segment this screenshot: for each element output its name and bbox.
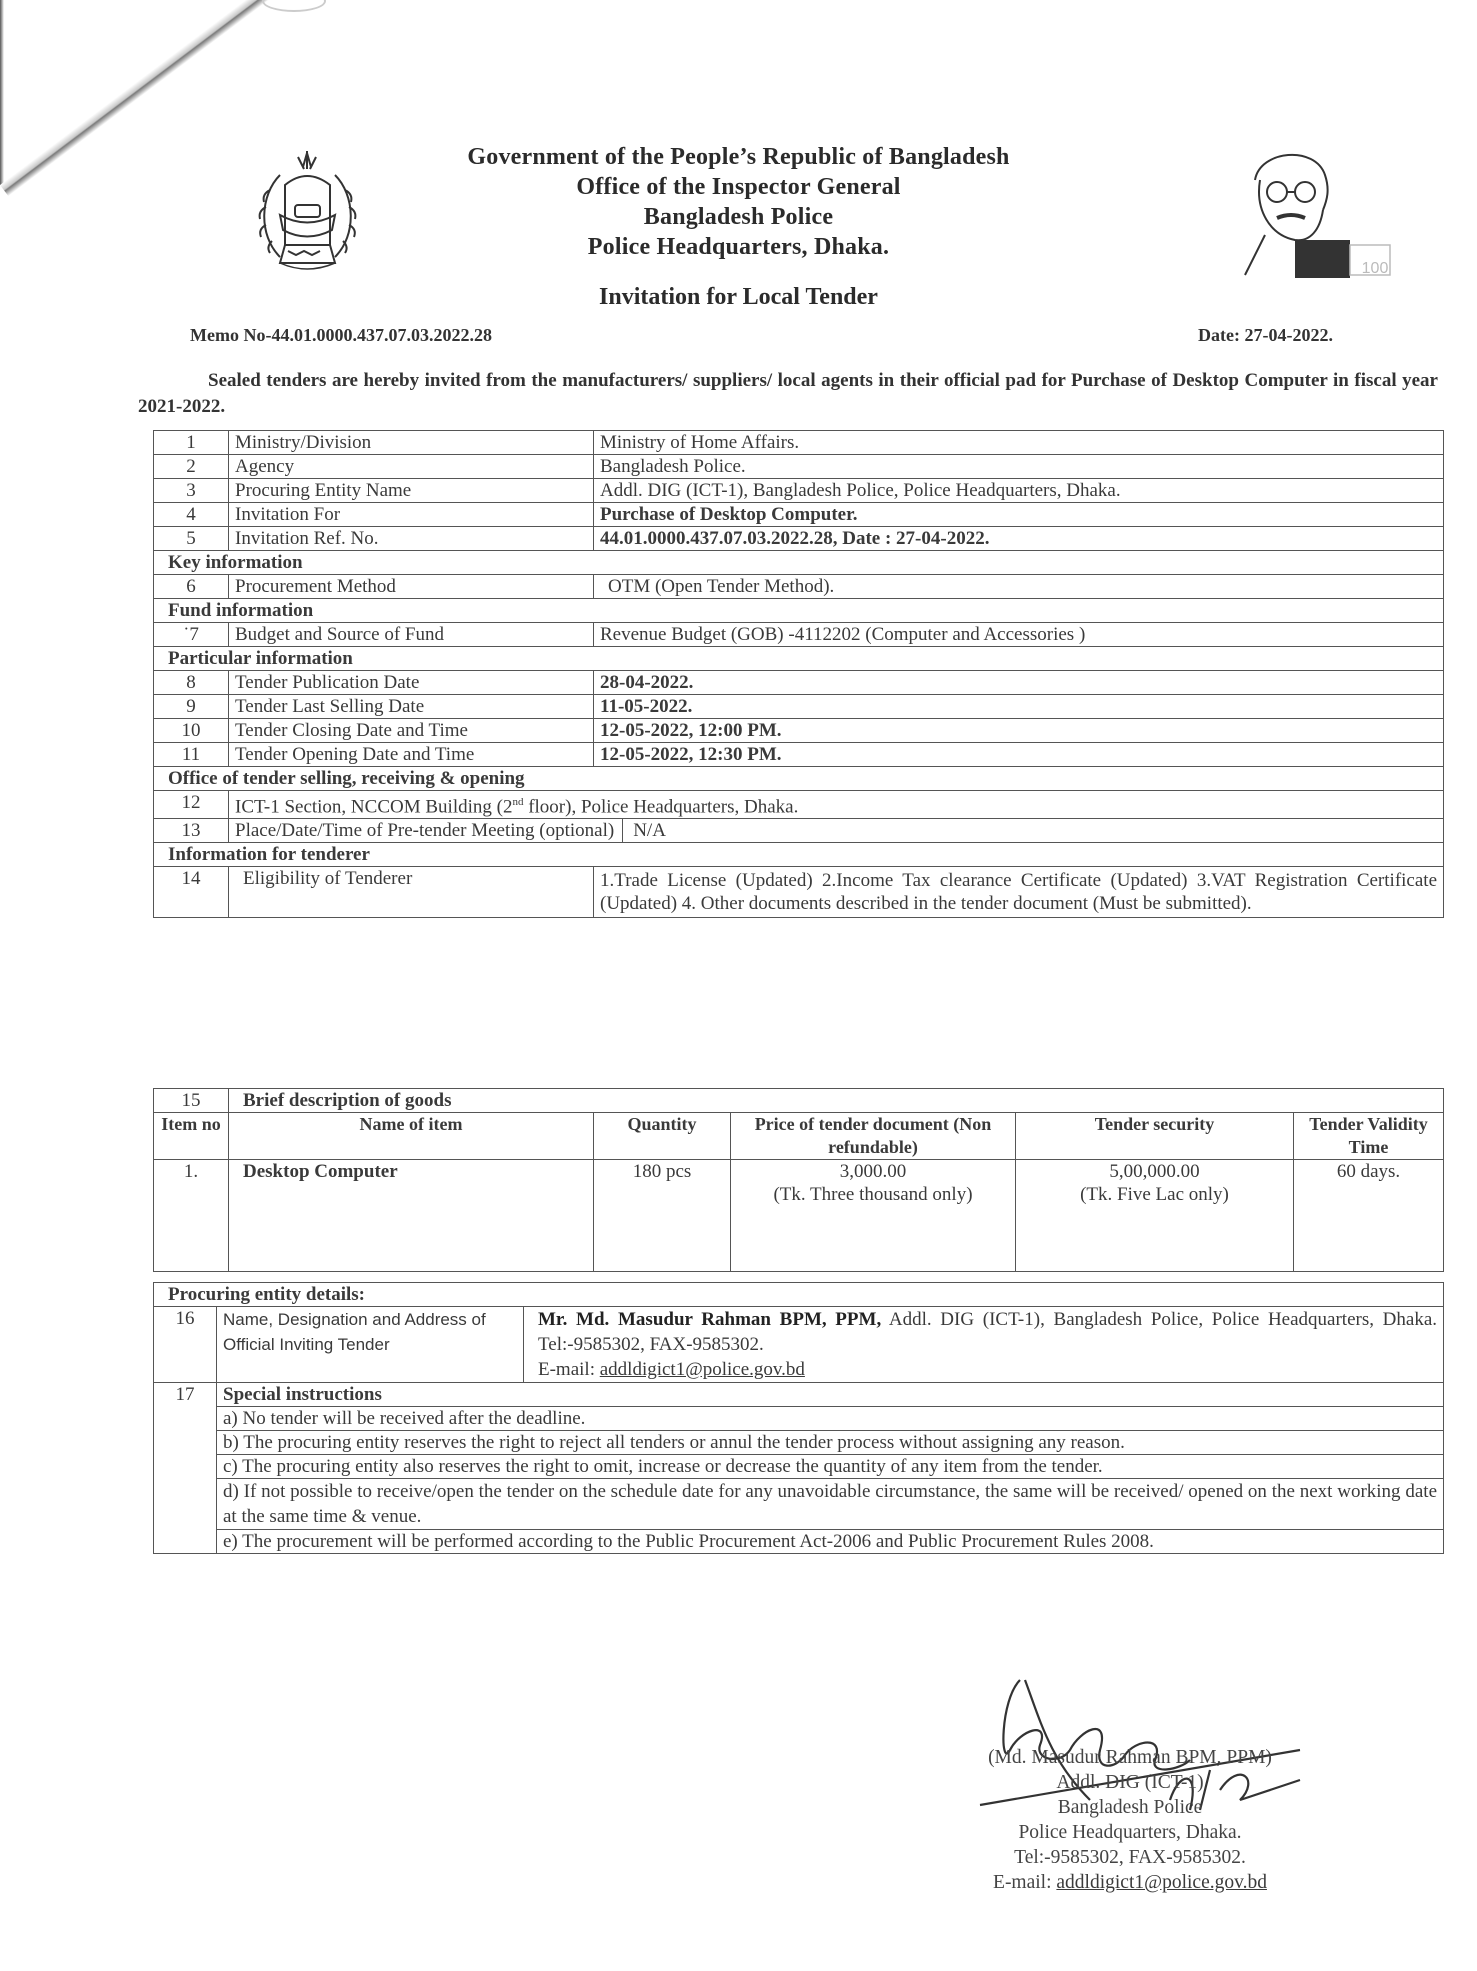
table-row: ˙7Budget and Source of FundRevenue Budge… (154, 623, 1444, 647)
table-row: 6Procurement MethodOTM (Open Tender Meth… (154, 575, 1444, 599)
procuring-entity-table: Procuring entity details: 16 Name, Desig… (153, 1282, 1444, 1554)
govt-name: Government of the People’s Republic of B… (0, 142, 1477, 172)
table-row: 1Ministry/DivisionMinistry of Home Affai… (154, 431, 1444, 455)
table-row: 16 Name, Designation and Address of Offi… (154, 1307, 1444, 1383)
table-row: 5Invitation Ref. No.44.01.0000.437.07.03… (154, 527, 1444, 551)
table-row: 13Place/Date/Time of Pre-tender Meeting … (154, 819, 1444, 843)
memo-number: Memo No-44.01.0000.437.07.03.2022.28 (190, 325, 492, 346)
table-row: 12ICT-1 Section, NCCOM Building (2nd flo… (154, 791, 1444, 819)
table-row: 3Procuring Entity NameAddl. DIG (ICT-1),… (154, 479, 1444, 503)
signatory-email-line: E-mail: addldigict1@police.gov.bd (900, 1870, 1360, 1895)
office-name: Office of the Inspector General (0, 172, 1477, 202)
table-row: 4Invitation ForPurchase of Desktop Compu… (154, 503, 1444, 527)
table-row: 10Tender Closing Date and Time12-05-2022… (154, 719, 1444, 743)
signatory-block: (Md. Masudur Rahman BPM, PPM) Addl. DIG … (900, 1745, 1360, 1895)
goods-table: 15Brief description of goods Item no Nam… (153, 1088, 1444, 1272)
org-address: Police Headquarters, Dhaka. (0, 232, 1477, 262)
email-link[interactable]: addldigict1@police.gov.bd (600, 1359, 805, 1380)
section-procuring-entity: Procuring entity details: (154, 1283, 1444, 1307)
table-row: 8Tender Publication Date28-04-2022. (154, 671, 1444, 695)
table-row: 11Tender Opening Date and Time12-05-2022… (154, 743, 1444, 767)
section-tenderer-information: Information for tenderer (154, 843, 1444, 867)
org-name: Bangladesh Police (0, 202, 1477, 232)
signatory-office: Police Headquarters, Dhaka. (900, 1820, 1360, 1845)
section-key-information: Key information (154, 551, 1444, 575)
signatory-org: Bangladesh Police (900, 1795, 1360, 1820)
instruction-item: b) The procuring entity reserves the rig… (154, 1431, 1444, 1455)
scan-artifact (262, 0, 326, 12)
table-row: 15Brief description of goods (154, 1089, 1444, 1113)
signatory-name: (Md. Masudur Rahman BPM, PPM) (900, 1745, 1360, 1770)
table-row: 2AgencyBangladesh Police. (154, 455, 1444, 479)
goods-header-row: Item no Name of item Quantity Price of t… (154, 1113, 1444, 1160)
instruction-item: d) If not possible to receive/open the t… (154, 1479, 1444, 1530)
section-office-information: Office of tender selling, receiving & op… (154, 767, 1444, 791)
section-fund-information: Fund information (154, 599, 1444, 623)
instruction-item: e) The procurement will be performed acc… (154, 1530, 1444, 1554)
table-row: 9Tender Last Selling Date11-05-2022. (154, 695, 1444, 719)
instruction-item: a) No tender will be received after the … (154, 1407, 1444, 1431)
letterhead: Government of the People’s Republic of B… (0, 142, 1477, 262)
section-particular-information: Particular information (154, 647, 1444, 671)
instruction-item: c) The procuring entity also reserves th… (154, 1455, 1444, 1479)
goods-item-row: 1. Desktop Computer 180 pcs 3,000.00(Tk.… (154, 1160, 1444, 1272)
intro-paragraph: Sealed tenders are hereby invited from t… (138, 368, 1438, 420)
signatory-contact: Tel:-9585302, FAX-9585302. (900, 1845, 1360, 1870)
table-row: 17 Special instructions (154, 1383, 1444, 1407)
svg-text:100: 100 (1362, 260, 1389, 277)
memo-date: Date: 27-04-2022. (1198, 325, 1333, 346)
tender-info-table: 1Ministry/DivisionMinistry of Home Affai… (153, 430, 1444, 918)
table-row: 14Eligibility of Tenderer1.Trade License… (154, 867, 1444, 918)
signatory-email-link[interactable]: addldigict1@police.gov.bd (1056, 1872, 1267, 1893)
signatory-designation: Addl. DIG (ICT-1) (900, 1770, 1360, 1795)
document-title: Invitation for Local Tender (0, 284, 1477, 311)
